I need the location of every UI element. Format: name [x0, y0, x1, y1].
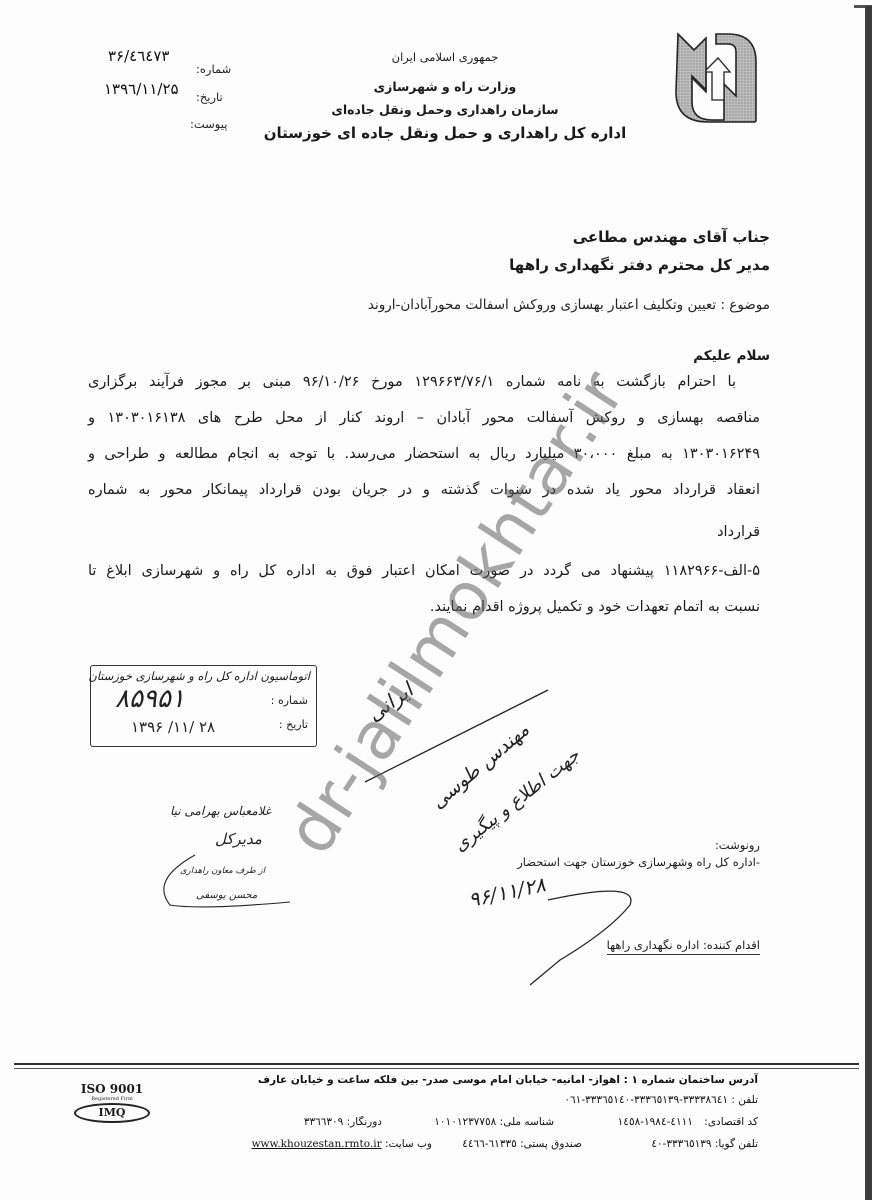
signatory-title: مدیرکل [215, 830, 262, 848]
signatory-name: غلامعباس بهرامی نیا [170, 804, 271, 818]
imq-logo-icon: IMQ [74, 1103, 150, 1123]
cc-label: رونوشت: [715, 838, 760, 852]
iso-certification-badge: ISO 9001 Registered Firm IMQ [72, 1083, 152, 1123]
footer-rule [14, 1063, 859, 1065]
footer-address: آدرس ساختمان شماره ۱ : اهواز- امانیه- خی… [258, 1074, 758, 1086]
iso-title: ISO 9001 [72, 1083, 152, 1096]
cc-item: -اداره کل راه وشهرسازی خوزستان جهت استحض… [517, 855, 760, 869]
footer-rule-thin [14, 1068, 859, 1069]
footer-economic-code: کد اقتصادی: ٤۱۱۱-۱۹۸٤-۱٤٥۸ [618, 1116, 758, 1128]
on-behalf-note: از طرف معاون راهداری [180, 866, 265, 876]
website-link[interactable]: www.khouzestan.rmto.ir [252, 1138, 382, 1150]
footer-national-id: شناسه ملی: ۱۰۱۰۱۲۳۷۷٥۸ [434, 1116, 554, 1128]
iso-subtitle: Registered Firm [72, 1096, 152, 1102]
footer-fax: دورنگار: ۳۳٦٦۳۰۹ [304, 1116, 382, 1128]
footer-po-box: صندوق پستی: ٦۱۳۳٥-٤٤٦٦ [462, 1138, 582, 1150]
signer-name: محسن یوسفی [196, 890, 257, 901]
footer-phone: تلفن : ۳۳۳۳۸٦٤۱-۳۳۳٦٥۱۳۹-۳۳۳٦٥۱٤۰-۰٦۱ [564, 1094, 758, 1106]
footer-ivr: تلفن گویا: ۳۳۳٦٥۱۳۹-٤۰ [651, 1138, 758, 1150]
action-by: اقدام کننده: اداره نگهداری راهها [607, 938, 760, 955]
footer-website: وب سایت: www.khouzestan.rmto.ir [252, 1138, 432, 1150]
